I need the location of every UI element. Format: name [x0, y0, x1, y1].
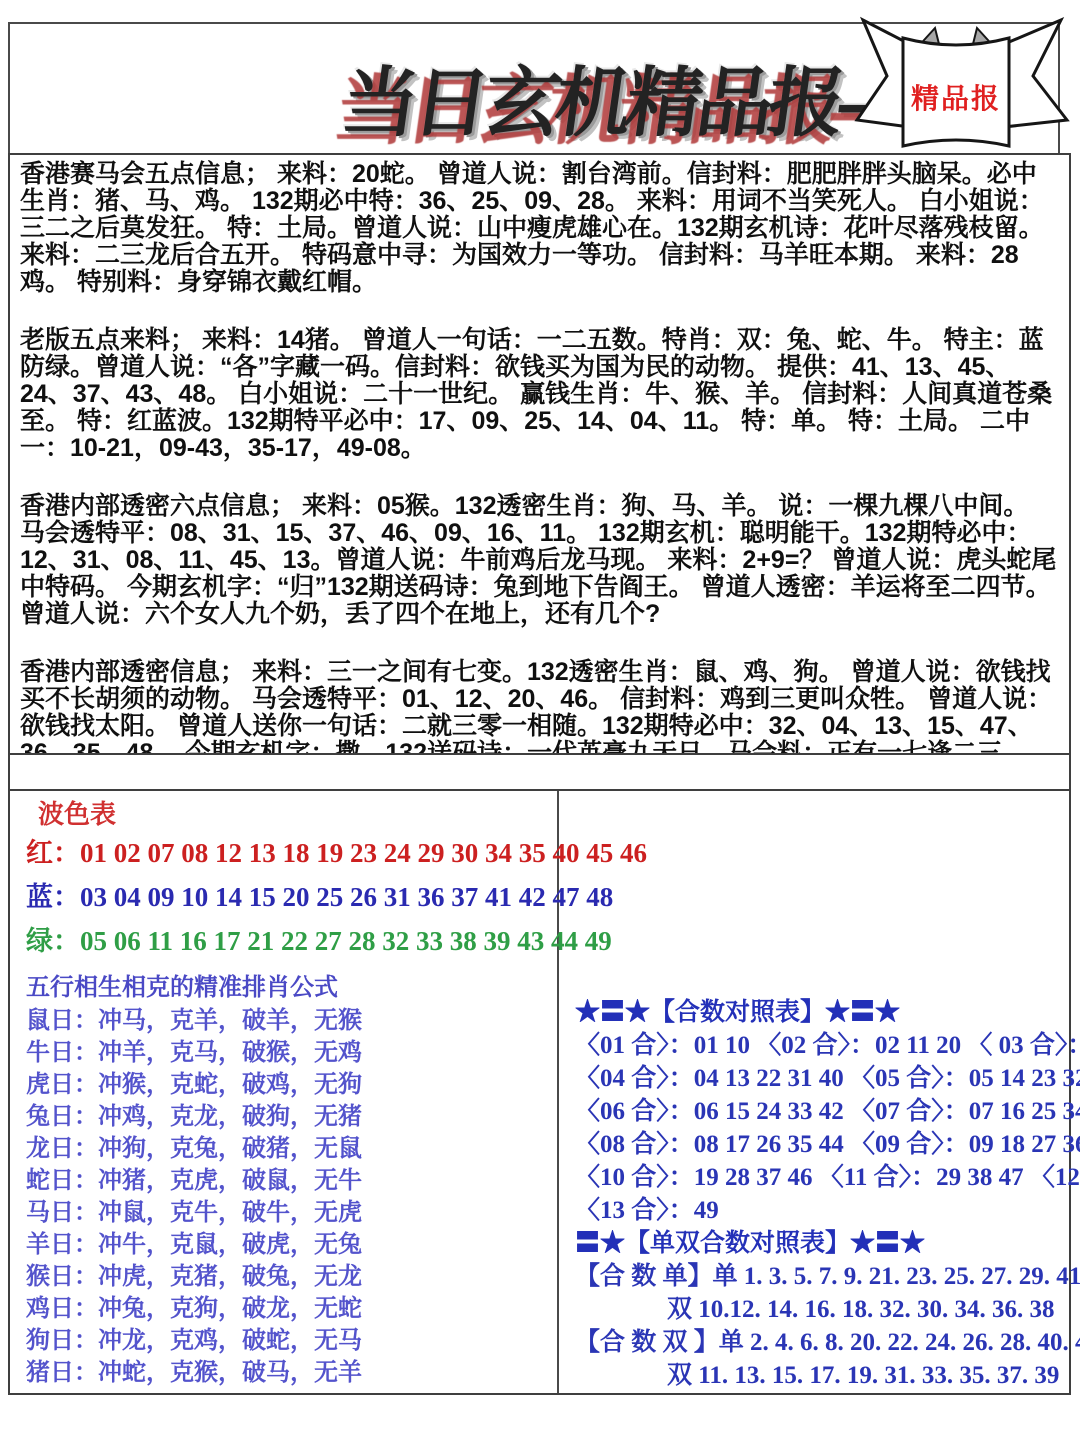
- zodiac-row-pig: 猪日：冲蛇，克猴，破马，无羊: [26, 1357, 553, 1389]
- green-wave-numbers: 05 06 11 16 17 21 22 27 28 32 33 38 39 4…: [80, 926, 612, 956]
- zodiac-row-snake: 蛇日：冲猪，克虎，破鼠，无牛: [26, 1165, 553, 1197]
- divider-strip: [8, 753, 1071, 791]
- sum-even-line-1: 【合 数 双 】单 2. 4. 6. 8. 20. 22. 24. 26. 28…: [575, 1326, 1069, 1359]
- sum-odd-line-1: 【合 数 单】单 1. 3. 5. 7. 9. 21. 23. 25. 27. …: [575, 1260, 1069, 1293]
- newspaper-title: 当日玄机精品报—B: [334, 48, 911, 166]
- sum-row-08-09: 〈08 合〉：08 17 26 35 44 〈09 合〉：09 18 27 36…: [575, 1128, 1069, 1161]
- paragraph-hk-jockey-five: 香港赛马会五点信息； 来料：20蛇。 曾道人说：割台湾前。信封料：肥肥胖胖头脑呆…: [20, 161, 1059, 296]
- zodiac-row-rooster: 鸡日：冲兔，克狗，破龙，无蛇: [26, 1293, 553, 1325]
- green-wave-label: 绿：: [26, 926, 80, 956]
- color-wave-table-title: 波色表: [26, 797, 553, 831]
- tips-text-box: 香港赛马会五点信息； 来料：20蛇。 曾道人说：割台湾前。信封料：肥肥胖胖头脑呆…: [8, 153, 1071, 755]
- zodiac-row-dog: 狗日：冲龙，克鸡，破蛇，无马: [26, 1325, 553, 1357]
- zodiac-row-monkey: 猴日：冲虎，克猪，破兔，无龙: [26, 1261, 553, 1293]
- sum-odd-line-2: 双 10.12. 14. 16. 18. 32. 30. 34. 36. 38: [575, 1293, 1069, 1326]
- color-wave-column: 波色表 红：01 02 07 08 12 13 18 19 23 24 29 3…: [10, 791, 557, 1393]
- sum-row-06-07: 〈06 合〉：06 15 24 33 42 〈07 合〉：07 16 25 34…: [575, 1095, 1069, 1128]
- tables-box: 波色表 红：01 02 07 08 12 13 18 19 23 24 29 3…: [8, 789, 1071, 1395]
- sum-row-01-03: 〈01 合〉：01 10 〈02 合〉：02 11 20 〈 03 合〉：03 …: [575, 1029, 1069, 1062]
- zodiac-row-dragon: 龙日：冲狗，克兔，破猪，无鼠: [26, 1133, 553, 1165]
- sum-row-13: 〈13 合〉：49: [575, 1194, 1069, 1227]
- red-wave-row: 红：01 02 07 08 12 13 18 19 23 24 29 30 34…: [26, 831, 553, 875]
- blue-wave-numbers: 03 04 09 10 14 15 20 25 26 31 36 37 41 4…: [80, 882, 613, 912]
- odd-even-sum-header: 〓★【单双合数对照表】★〓★: [575, 1227, 1069, 1260]
- zodiac-row-horse: 马日：冲鼠，克牛，破牛，无虎: [26, 1197, 553, 1229]
- red-wave-label: 红：: [26, 838, 80, 868]
- ribbon-label: 精品报: [911, 82, 1001, 114]
- zodiac-row-rabbit: 兔日：冲鸡，克龙，破狗，无猪: [26, 1101, 553, 1133]
- zodiac-row-ox: 牛日：冲羊，克马，破猴，无鸡: [26, 1037, 553, 1069]
- sum-row-10-12: 〈10 合〉：19 28 37 46 〈11 合〉：29 38 47 〈12 合…: [575, 1161, 1069, 1194]
- blue-wave-row: 蓝：03 04 09 10 14 15 20 25 26 31 36 37 41…: [26, 875, 553, 919]
- zodiac-row-goat: 羊日：冲牛，克鼠，破虎，无兔: [26, 1229, 553, 1261]
- blue-wave-label: 蓝：: [26, 882, 80, 912]
- green-wave-row: 绿：05 06 11 16 17 21 22 27 28 32 33 38 39…: [26, 919, 553, 963]
- five-elements-title: 五行相生相克的精准排肖公式: [26, 971, 553, 1005]
- lottery-tipsheet-page: { "colors": { "border": "#3f3f3f", "red"…: [0, 0, 1080, 1440]
- ribbon-banner-icon: 精品报: [853, 6, 1080, 158]
- sum-even-line-2: 双 11. 13. 15. 17. 19. 31. 33. 35. 37. 39: [575, 1359, 1069, 1392]
- zodiac-row-rat: 鼠日：冲马，克羊，破羊，无猴: [26, 1005, 553, 1037]
- zodiac-row-tiger: 虎日：冲猴，克蛇，破鸡，无狗: [26, 1069, 553, 1101]
- paragraph-hk-internal-six: 香港内部透密六点信息； 来料：05猴。132透密生肖：狗、马、羊。 说：一棵九棵…: [20, 493, 1059, 628]
- sum-table-header: ★〓★【合数对照表】★〓★: [575, 996, 1069, 1029]
- sum-row-04-05: 〈04 合〉：04 13 22 31 40 〈05 合〉：05 14 23 32…: [575, 1062, 1069, 1095]
- paragraph-old-edition-five: 老版五点来料； 来料：14猪。 曾道人一句话：一二五数。特肖：双：兔、蛇、牛。 …: [20, 327, 1059, 462]
- sum-table-column: ★〓★【合数对照表】★〓★ 〈01 合〉：01 10 〈02 合〉：02 11 …: [559, 791, 1073, 1393]
